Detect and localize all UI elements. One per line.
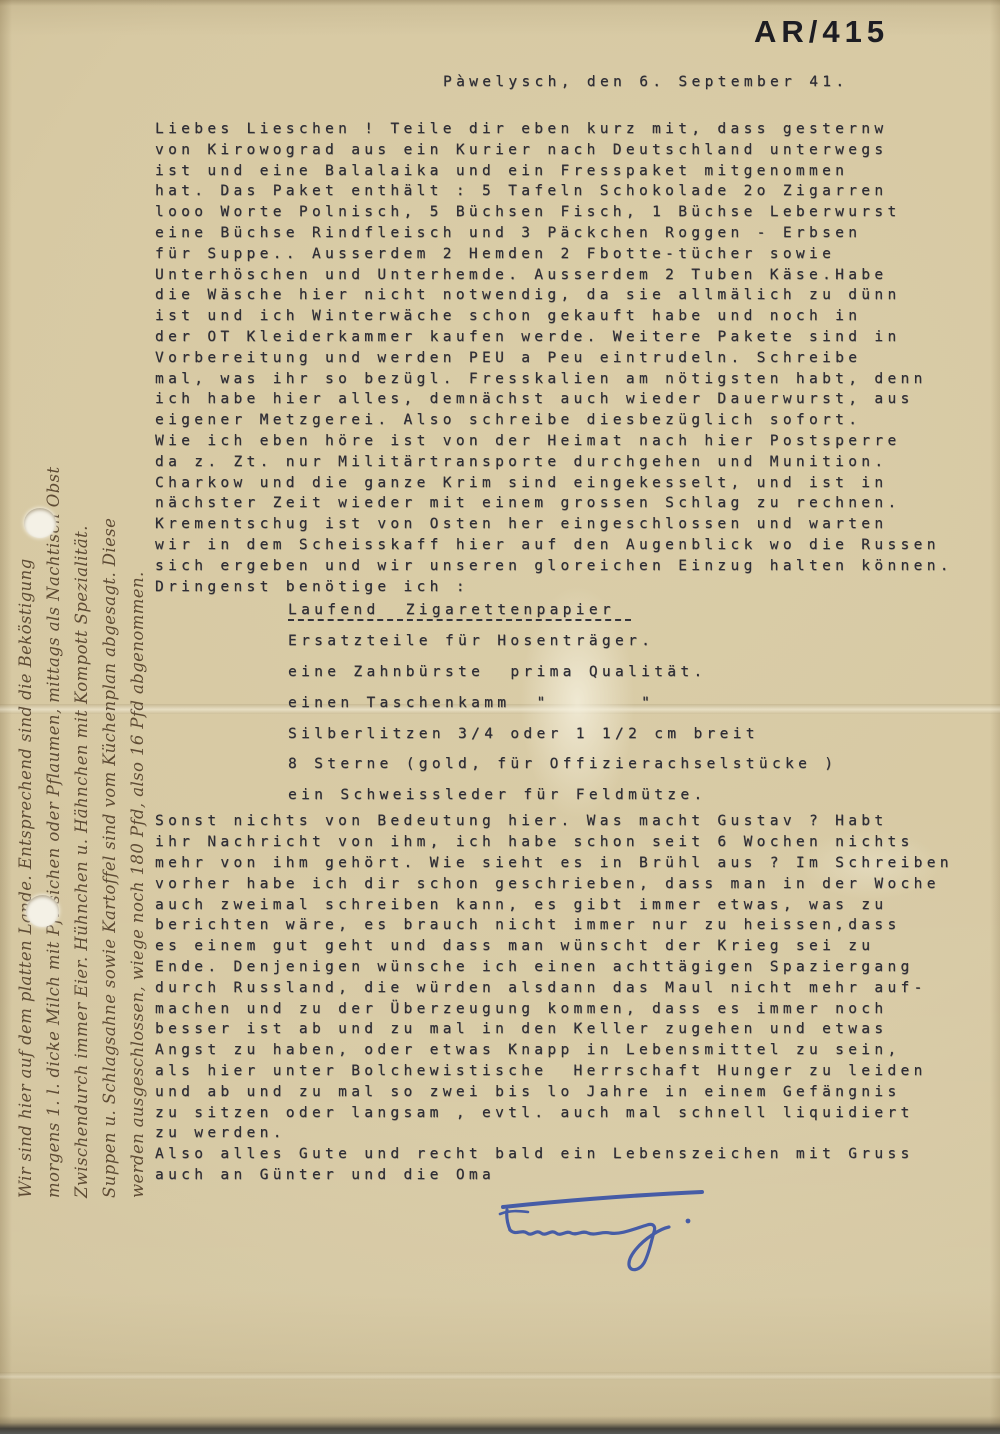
text-line: Liebes Lieschen ! Teile dir eben kurz mi… bbox=[155, 119, 985, 140]
text-line: ich habe hier alles, demnächst auch wied… bbox=[155, 389, 985, 410]
text-line: ist und ich Winterwäche schon gekauft ha… bbox=[155, 306, 985, 327]
text-line: mal, was ihr so bezügl. Fresskalien am n… bbox=[155, 369, 985, 390]
text-line: auch zweimal schreiben kann, es gibt imm… bbox=[155, 895, 985, 916]
text-line: Dringenst benötige ich : bbox=[155, 577, 985, 598]
ink-signature bbox=[420, 1183, 740, 1283]
text-line: für Suppe.. Ausserdem 2 Hemden 2 Fbotte-… bbox=[155, 244, 985, 265]
text-line: da z. Zt. nur Militärtransporte durchgeh… bbox=[155, 452, 985, 473]
text-line: looo Worte Polnisch, 5 Büchsen Fisch, 1 … bbox=[155, 202, 985, 223]
letter-scan-page: AR/415 Pàwelysch, den 6. September 41. L… bbox=[0, 0, 1000, 1434]
text-line: morgens 1. l. dicke Milch mit Pfirsichen… bbox=[40, 168, 68, 1198]
text-line: Wie ich eben höre ist von der Heimat nac… bbox=[155, 431, 985, 452]
text-line: Laufend Zigarettenpapier bbox=[288, 595, 985, 626]
text-line: eigener Metzgerei. Also schreibe diesbez… bbox=[155, 410, 985, 431]
letter-body: Liebes Lieschen ! Teile dir eben kurz mi… bbox=[155, 119, 985, 1186]
text-line: Ersatzteile für Hosenträger. bbox=[288, 626, 985, 657]
text-line: von Kirowograd aus ein Kurier nach Deuts… bbox=[155, 140, 985, 161]
text-line: Zwischendurch immer Eier. Hühnchen u. Hä… bbox=[68, 168, 96, 1198]
text-line: ihr Nachricht von ihm, ich habe schon se… bbox=[155, 832, 985, 853]
dateline: Pàwelysch, den 6. September 41. bbox=[443, 74, 848, 90]
text-line: als hier unter Bolchewistische Herrschaf… bbox=[155, 1061, 985, 1082]
text-line: Ende. Denjenigen wünsche ich einen achtt… bbox=[155, 957, 985, 978]
text-line: besser ist ab und zu mal in den Keller z… bbox=[155, 1019, 985, 1040]
text-line: machen und zu der Überzeugung kommen, da… bbox=[155, 999, 985, 1020]
text-line: Wir sind hier auf dem platten Lande. Ent… bbox=[12, 168, 40, 1198]
paragraph-1: Liebes Lieschen ! Teile dir eben kurz mi… bbox=[155, 119, 985, 597]
text-line: Also alles Gute und recht bald ein Leben… bbox=[155, 1144, 985, 1165]
paper-edge-left bbox=[0, 0, 12, 1434]
punch-hole bbox=[24, 508, 56, 538]
text-line: ist und eine Balalaika und ein Fresspake… bbox=[155, 161, 985, 182]
text-line: mehr von ihm gehört. Wie sieht es in Brü… bbox=[155, 853, 985, 874]
text-line: vorher habe ich dir schon geschrieben, d… bbox=[155, 874, 985, 895]
fold-crease bbox=[0, 1372, 1000, 1380]
paper-edge-right bbox=[990, 0, 1000, 1434]
text-line: Silberlitzen 3/4 oder 1 1/2 cm breit bbox=[288, 719, 985, 750]
archive-reference: AR/415 bbox=[754, 14, 889, 50]
text-line: einen Taschenkamm " " bbox=[288, 688, 985, 719]
text-line: berichten wäre, es brauch nicht immer nu… bbox=[155, 915, 985, 936]
text-line: die Wäsche hier nicht notwendig, da sie … bbox=[155, 285, 985, 306]
paper-edge-top bbox=[0, 0, 1000, 6]
text-line: durch Russland, die würden alsdann das M… bbox=[155, 978, 985, 999]
text-line: Krementschug ist von Osten her eingeschl… bbox=[155, 514, 985, 535]
paragraph-2: Sonst nichts von Bedeutung hier. Was mac… bbox=[155, 811, 985, 1185]
text-line: eine Büchse Rindfleisch und 3 Päckchen R… bbox=[155, 223, 985, 244]
text-line: Unterhöschen und Unterhemde. Ausserdem 2… bbox=[155, 265, 985, 286]
text-line: Vorbereitung und werden PEU a Peu eintru… bbox=[155, 348, 985, 369]
text-line: sich ergeben und wir unseren gloreichen … bbox=[155, 556, 985, 577]
text-line: es einem gut geht und dass man wünscht d… bbox=[155, 936, 985, 957]
text-line: und ab und zu mal so zwei bis lo Jahre i… bbox=[155, 1082, 985, 1103]
paper-edge-bottom bbox=[0, 1416, 1000, 1434]
text-line: der OT Kleiderkammer kaufen werde. Weite… bbox=[155, 327, 985, 348]
text-line: zu sitzen oder langsam , evtl. auch mal … bbox=[155, 1103, 985, 1124]
text-line: wir in dem Scheisskaff hier auf den Auge… bbox=[155, 535, 985, 556]
text-line: Suppen u. Schlagsahne sowie Kartoffel si… bbox=[96, 168, 124, 1198]
text-line: eine Zahnbürste prima Qualität. bbox=[288, 657, 985, 688]
text-line: Sonst nichts von Bedeutung hier. Was mac… bbox=[155, 811, 985, 832]
text-line: ein Schweissleder für Feldmütze. bbox=[288, 780, 985, 811]
text-line: Angst zu haben, oder etwas Knapp in Lebe… bbox=[155, 1040, 985, 1061]
request-list: Laufend ZigarettenpapierErsatzteile für … bbox=[288, 595, 985, 811]
text-line: 8 Sterne (gold, für Offizierachselstücke… bbox=[288, 749, 985, 780]
text-line: zu werden. bbox=[155, 1123, 985, 1144]
handwritten-margin-note: Wir sind hier auf dem platten Lande. Ent… bbox=[12, 168, 154, 1198]
text-line: nächster Zeit wieder mit einem grossen S… bbox=[155, 493, 985, 514]
text-line: werden ausgeschlossen, wiege noch 180 Pf… bbox=[124, 168, 152, 1198]
text-line: Charkow und die ganze Krim sind eingekes… bbox=[155, 473, 985, 494]
text-line: hat. Das Paket enthält : 5 Tafeln Schoko… bbox=[155, 181, 985, 202]
punch-hole bbox=[26, 895, 59, 927]
